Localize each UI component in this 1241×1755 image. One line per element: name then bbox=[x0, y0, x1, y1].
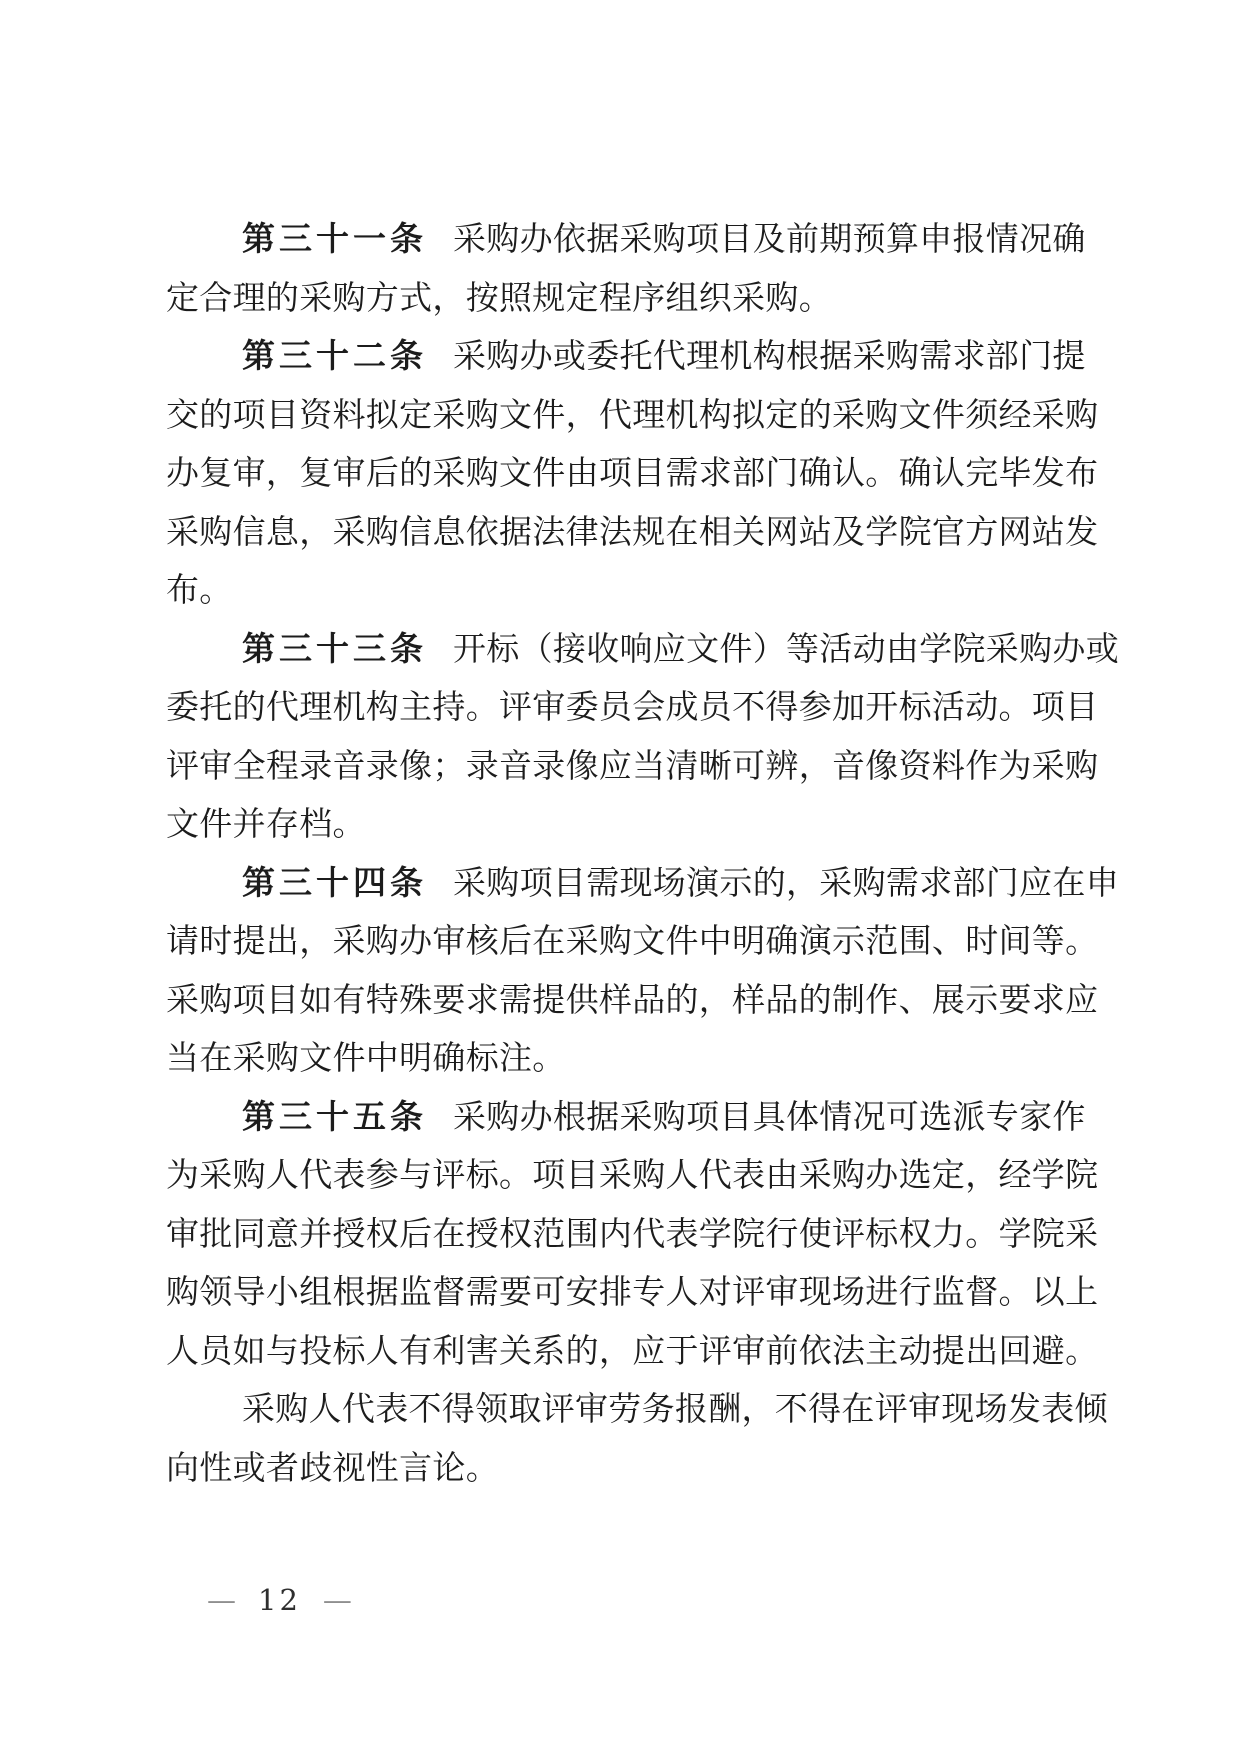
article-34-text-line-1: 采购项目需现场演示的，采购需求部门应在申 bbox=[453, 863, 1119, 902]
closing-text-line-2: 向性或者歧视性言论。 bbox=[166, 1448, 499, 1487]
paragraph-article-32-line-3: 办复审，复审后的采购文件由项目需求部门确认。确认完毕发布 bbox=[166, 444, 1096, 503]
paragraph-article-35-line-1: 第三十五条采购办根据采购项目具体情况可选派专家作 bbox=[166, 1088, 1096, 1147]
paragraph-closing-line-2: 向性或者歧视性言论。 bbox=[166, 1439, 1096, 1498]
paragraph-article-34-line-1: 第三十四条采购项目需现场演示的，采购需求部门应在申 bbox=[166, 854, 1096, 913]
paragraph-article-35-line-4: 购领导小组根据监督需要可安排专人对评审现场进行监督。以上 bbox=[166, 1263, 1096, 1322]
footer-left-dash: — bbox=[207, 1584, 236, 1616]
article-32-text-line-2: 交的项目资料拟定采购文件，代理机构拟定的采购文件须经采购 bbox=[166, 395, 1098, 434]
paragraph-article-31-line-2: 定合理的采购方式，按照规定程序组织采购。 bbox=[166, 269, 1096, 328]
article-32-text-line-1: 采购办或委托代理机构根据采购需求部门提 bbox=[453, 336, 1086, 375]
document-text-block: 第三十一条采购办依据采购项目及前期预算申报情况确 定合理的采购方式，按照规定程序… bbox=[166, 210, 1096, 1497]
paragraph-article-33-line-4: 文件并存档。 bbox=[166, 795, 1096, 854]
article-34-text-line-4: 当在采购文件中明确标注。 bbox=[166, 1038, 566, 1077]
paragraph-article-33-line-1: 第三十三条开标（接收响应文件）等活动由学院采购办或 bbox=[166, 620, 1096, 679]
article-32-text-line-5: 布。 bbox=[166, 570, 233, 609]
paragraph-article-34-line-3: 采购项目如有特殊要求需提供样品的，样品的制作、展示要求应 bbox=[166, 971, 1096, 1030]
article-33-text-line-1: 开标（接收响应文件）等活动由学院采购办或 bbox=[453, 629, 1119, 668]
paragraph-article-35-line-5: 人员如与投标人有利害关系的，应于评审前依法主动提出回避。 bbox=[166, 1322, 1096, 1381]
article-35-number: 第三十五条 bbox=[242, 1097, 427, 1136]
article-34-text-line-3: 采购项目如有特殊要求需提供样品的，样品的制作、展示要求应 bbox=[166, 980, 1098, 1019]
paragraph-article-32-line-5: 布。 bbox=[166, 561, 1096, 620]
paragraph-article-32-line-4: 采购信息，采购信息依据法律法规在相关网站及学院官方网站发 bbox=[166, 503, 1096, 562]
paragraph-article-34-line-2: 请时提出，采购办审核后在采购文件中明确演示范围、时间等。 bbox=[166, 912, 1096, 971]
article-31-text-line-1: 采购办依据采购项目及前期预算申报情况确 bbox=[453, 219, 1086, 258]
paragraph-article-33-line-3: 评审全程录音录像；录音录像应当清晰可辨，音像资料作为采购 bbox=[166, 737, 1096, 796]
article-34-number: 第三十四条 bbox=[242, 863, 427, 902]
article-31-number: 第三十一条 bbox=[242, 219, 427, 258]
paragraph-article-35-line-2: 为采购人代表参与评标。项目采购人代表由采购办选定，经学院 bbox=[166, 1146, 1096, 1205]
article-32-number: 第三十二条 bbox=[242, 336, 427, 375]
page-number: 12 bbox=[258, 1584, 301, 1616]
article-35-text-line-1: 采购办根据采购项目具体情况可选派专家作 bbox=[453, 1097, 1086, 1136]
article-33-text-line-4: 文件并存档。 bbox=[166, 804, 366, 843]
article-33-number: 第三十三条 bbox=[242, 629, 427, 668]
article-34-text-line-2: 请时提出，采购办审核后在采购文件中明确演示范围、时间等。 bbox=[166, 921, 1098, 960]
article-32-text-line-3: 办复审，复审后的采购文件由项目需求部门确认。确认完毕发布 bbox=[166, 453, 1098, 492]
article-31-text-line-2: 定合理的采购方式，按照规定程序组织采购。 bbox=[166, 278, 832, 317]
page-footer: — 12 — bbox=[207, 1584, 352, 1616]
paragraph-article-31-line-1: 第三十一条采购办依据采购项目及前期预算申报情况确 bbox=[166, 210, 1096, 269]
paragraph-article-32-line-1: 第三十二条采购办或委托代理机构根据采购需求部门提 bbox=[166, 327, 1096, 386]
article-35-text-line-4: 购领导小组根据监督需要可安排专人对评审现场进行监督。以上 bbox=[166, 1272, 1098, 1311]
paragraph-article-34-line-4: 当在采购文件中明确标注。 bbox=[166, 1029, 1096, 1088]
closing-text-line-1: 采购人代表不得领取评审劳务报酬，不得在评审现场发表倾 bbox=[242, 1389, 1108, 1428]
article-32-text-line-4: 采购信息，采购信息依据法律法规在相关网站及学院官方网站发 bbox=[166, 512, 1098, 551]
article-35-text-line-5: 人员如与投标人有利害关系的，应于评审前依法主动提出回避。 bbox=[166, 1331, 1098, 1370]
document-page: 第三十一条采购办依据采购项目及前期预算申报情况确 定合理的采购方式，按照规定程序… bbox=[0, 0, 1241, 1755]
paragraph-article-33-line-2: 委托的代理机构主持。评审委员会成员不得参加开标活动。项目 bbox=[166, 678, 1096, 737]
paragraph-closing-line-1: 采购人代表不得领取评审劳务报酬，不得在评审现场发表倾 bbox=[166, 1380, 1096, 1439]
article-35-text-line-3: 审批同意并授权后在授权范围内代表学院行使评标权力。学院采 bbox=[166, 1214, 1098, 1253]
article-33-text-line-2: 委托的代理机构主持。评审委员会成员不得参加开标活动。项目 bbox=[166, 687, 1098, 726]
paragraph-article-32-line-2: 交的项目资料拟定采购文件，代理机构拟定的采购文件须经采购 bbox=[166, 386, 1096, 445]
footer-right-dash: — bbox=[323, 1584, 352, 1616]
paragraph-article-35-line-3: 审批同意并授权后在授权范围内代表学院行使评标权力。学院采 bbox=[166, 1205, 1096, 1264]
article-33-text-line-3: 评审全程录音录像；录音录像应当清晰可辨，音像资料作为采购 bbox=[166, 746, 1098, 785]
article-35-text-line-2: 为采购人代表参与评标。项目采购人代表由采购办选定，经学院 bbox=[166, 1155, 1098, 1194]
